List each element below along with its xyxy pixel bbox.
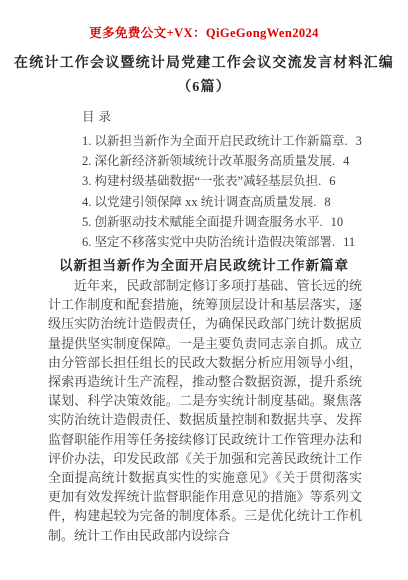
article-heading: 以新担当新作为全面开启民政统计工作新篇章 (0, 254, 408, 274)
toc-item: 1. 以新担当新作为全面开启民政统计工作新篇章.3 (82, 131, 362, 151)
toc-item-page: 10 (331, 215, 344, 229)
toc-item: 5. 创新驱动技术赋能全面提升调查服务水平.10 (82, 212, 362, 232)
promo-header: 更多免费公文+VX：QiGeGongWen2024 (0, 23, 408, 41)
toc-item-page: 11 (343, 235, 355, 249)
toc-item-label: 6. 坚定不移落实党中央防治统计造假决策部署. (82, 235, 335, 249)
toc-heading: 目录 (82, 109, 362, 125)
toc-item-page: 8 (324, 195, 330, 209)
document-title-line1: 在统计工作会议暨统计局党建工作会议交流发言材料汇编 (0, 52, 408, 72)
toc-item-label: 4. 以党建引领保障 xx 统计调查高质量发展. (82, 195, 316, 209)
toc-item: 4. 以党建引领保障 xx 统计调查高质量发展.8 (82, 192, 362, 212)
toc-item-page: 4 (343, 154, 349, 168)
document-title-line2: （6篇） (0, 76, 408, 96)
article-body: 近年来，民政部制定修订多项打基础、管长远的统计工作制度和配套措施，统筹顶层设计和… (48, 276, 362, 545)
document-page: 更多免费公文+VX：QiGeGongWen2024 在统计工作会议暨统计局党建工… (0, 0, 408, 580)
toc-item: 6. 坚定不移落实党中央防治统计造假决策部署.11 (82, 232, 362, 252)
toc-item-label: 5. 创新驱动技术赋能全面提升调查服务水平. (82, 215, 323, 229)
toc-item-label: 2. 深化新经济新领域统计改革服务高质量发展. (82, 154, 335, 168)
toc-item: 3. 构建村级基础数据“一张表”减轻基层负担.6 (82, 171, 362, 191)
toc-item-label: 3. 构建村级基础数据“一张表”减轻基层负担. (82, 174, 321, 188)
table-of-contents: 目录 1. 以新担当新作为全面开启民政统计工作新篇章.3 2. 深化新经济新领域… (82, 109, 362, 252)
toc-item-page: 3 (356, 134, 362, 148)
toc-item-label: 1. 以新担当新作为全面开启民政统计工作新篇章. (82, 134, 348, 148)
toc-item-page: 6 (329, 174, 335, 188)
toc-item: 2. 深化新经济新领域统计改革服务高质量发展.4 (82, 151, 362, 171)
